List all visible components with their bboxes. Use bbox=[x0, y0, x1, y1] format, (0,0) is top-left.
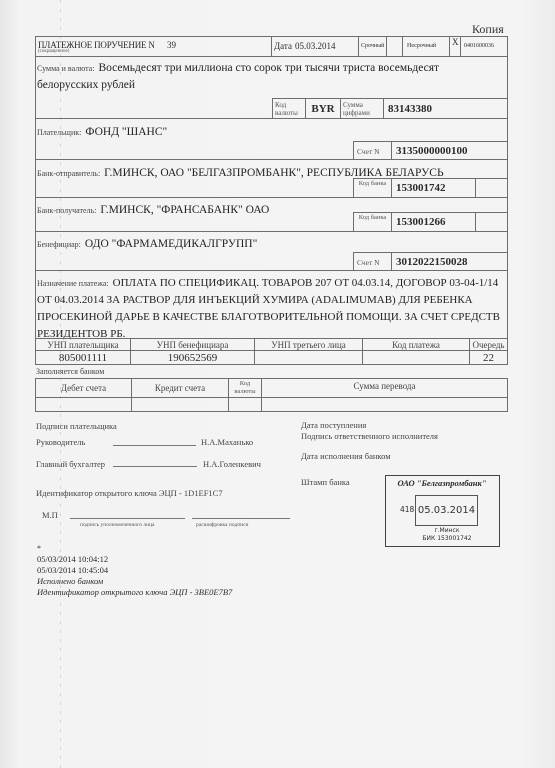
non-urgent-label-cell: Несрочный bbox=[402, 36, 450, 57]
unp-beneficiary: 190652569 bbox=[130, 350, 255, 365]
purpose-label: Назначение платежа: bbox=[37, 279, 109, 288]
signature-decoding-line bbox=[192, 518, 290, 519]
director-signature-line bbox=[113, 445, 196, 446]
amount-digits-cell: 83143380 bbox=[383, 98, 508, 119]
amount-digits-label: Сумма цифрами bbox=[343, 101, 383, 117]
receiver-bank-code: 153001266 bbox=[396, 216, 446, 228]
stamp-bik: БИК 153001742 bbox=[386, 535, 508, 542]
currency-code-label: Код валюты bbox=[275, 101, 305, 117]
payer-block: Плательщик: ФОНД "ШАНС" bbox=[37, 122, 167, 140]
receiver-bank-block: Банк-получатель: Г.МИНСК, "ФРАНСАБАНК" О… bbox=[37, 200, 269, 218]
payer-signatures-title: Подписи плательщика bbox=[36, 421, 117, 431]
bank-fill-header: Сумма перевода bbox=[261, 378, 508, 398]
footer-timestamp-1: 05/03/2014 10:04:12 bbox=[37, 554, 108, 564]
non-urgent-mark: X bbox=[452, 37, 459, 47]
footer-key-id: Идентификатор открытого ключа ЭЦП - 3BE0… bbox=[37, 587, 232, 597]
receiver-bank-code-cell: 153001266 bbox=[391, 212, 476, 232]
authorized-sign-caption: подпись уполномоченного лица bbox=[80, 522, 155, 528]
amount-words-block: Сумма и валюта: Восемьдесят три миллиона… bbox=[37, 59, 502, 93]
payment-code bbox=[362, 350, 470, 365]
debit-account bbox=[35, 397, 132, 412]
director-label: Руководитель bbox=[36, 437, 85, 447]
beneficiary-block: Бенефициар: ОДО "ФАРМАМЕДИКАЛГРУПП" bbox=[37, 234, 257, 252]
sender-bank-extra-cell bbox=[475, 178, 508, 198]
footer-marker: * bbox=[37, 544, 41, 553]
sender-bank-code: 153001742 bbox=[396, 182, 446, 194]
executor-sign-label: Подпись ответственного исполнителя bbox=[301, 431, 438, 441]
seal-place-label: М.П bbox=[42, 510, 58, 520]
unp-payer: 805001111 bbox=[35, 350, 131, 365]
payer-account-label: Счет N bbox=[357, 147, 380, 156]
beneficiary-name: ОДО "ФАРМАМЕДИКАЛГРУПП" bbox=[85, 238, 257, 250]
payer-name: ФОНД "ШАНС" bbox=[85, 126, 167, 138]
beneficiary-label: Бенефициар: bbox=[37, 240, 81, 249]
beneficiary-account-label: Счет N bbox=[357, 258, 380, 267]
urgent-label: Срочный bbox=[361, 43, 384, 49]
unp-third-party bbox=[254, 350, 363, 365]
amount-digits-label-cell: Сумма цифрами bbox=[340, 98, 384, 119]
sender-bank-code-label: Код банка bbox=[354, 180, 391, 188]
non-urgent-label: Несрочный bbox=[407, 43, 436, 49]
execution-date-label: Дата исполнения банком bbox=[301, 451, 391, 461]
transfer-amount bbox=[261, 397, 508, 412]
authorized-signature-line bbox=[70, 518, 185, 519]
date-value: 05.03.2014 bbox=[295, 41, 336, 51]
payer-key-id: Идентификатор открытого ключа ЭЦП - 1D1E… bbox=[36, 488, 223, 498]
form-subtitle: (сокращенное) bbox=[38, 49, 69, 54]
bank-fill-label: Заполняется банком bbox=[36, 367, 104, 376]
beneficiary-account: 3012022150028 bbox=[396, 256, 468, 268]
payer-account-cell: 3135000000100 bbox=[391, 141, 508, 160]
receiver-bank-code-label: Код банка bbox=[354, 214, 391, 222]
beneficiary-account-label-cell: Счет N bbox=[353, 252, 392, 271]
currency-code-bank bbox=[228, 397, 262, 412]
header-title-cell: ПЛАТЕЖНОЕ ПОРУЧЕНИЕ N 39 (сокращенное) bbox=[35, 36, 272, 57]
amount-label: Сумма и валюта: bbox=[37, 64, 94, 73]
form-code: 0401600036 bbox=[464, 43, 494, 49]
date-cell: Дата 05.03.2014 bbox=[271, 36, 359, 57]
receiver-bank-name: Г.МИНСК, "ФРАНСАБАНК" ОАО bbox=[100, 204, 269, 216]
form-number: 39 bbox=[167, 40, 176, 50]
director-name: Н.А.Маханько bbox=[201, 437, 253, 447]
bank-fill-header: Дебет счета bbox=[35, 378, 132, 398]
bank-fill-header: Кредит счета bbox=[131, 378, 229, 398]
beneficiary-account-cell: 3012022150028 bbox=[391, 252, 508, 271]
receiver-bank-extra-cell bbox=[475, 212, 508, 232]
purpose-block: Назначение платежа: ОПЛАТА ПО СПЕЦИФИКАЦ… bbox=[37, 274, 505, 342]
currency-code: BYR bbox=[305, 98, 341, 119]
accountant-label: Главный бухгалтер bbox=[36, 459, 105, 469]
payer-account: 3135000000100 bbox=[396, 145, 468, 157]
stamp-number: 418 bbox=[400, 505, 414, 514]
bank-fill-header: Код валюты bbox=[228, 378, 262, 398]
payer-label: Плательщик: bbox=[37, 128, 81, 137]
bank-stamp-label: Штамп банка bbox=[301, 477, 350, 487]
stamp-city: г.Минск bbox=[386, 527, 508, 534]
sender-bank-label: Банк-отправитель: bbox=[37, 169, 100, 178]
payer-account-label-cell: Счет N bbox=[353, 141, 392, 160]
scanned-page: Копия ПЛАТЕЖНОЕ ПОРУЧЕНИЕ N 39 (сокращен… bbox=[0, 0, 555, 768]
accountant-signature-line bbox=[113, 466, 197, 467]
footer-executed: Исполнено банком bbox=[37, 576, 103, 586]
urgent-checkbox bbox=[386, 36, 403, 57]
sender-bank-code-cell: 153001742 bbox=[391, 178, 476, 198]
stamp-date: 05.03.2014 bbox=[415, 495, 478, 526]
footer-timestamp-2: 05/03/2014 10:45:04 bbox=[37, 565, 108, 575]
receiver-bank-code-label-cell: Код банка bbox=[353, 212, 392, 232]
sender-bank-code-label-cell: Код банка bbox=[353, 178, 392, 198]
amount-words: Восемьдесят три миллиона сто сорок три т… bbox=[37, 62, 439, 91]
credit-account bbox=[131, 397, 229, 412]
receipt-date-label: Дата поступления bbox=[301, 420, 366, 430]
sign-decoding-caption: расшифровка подписи bbox=[196, 522, 248, 528]
form-code-cell: 0401600036 bbox=[460, 36, 508, 57]
stamp-bank-name: ОАО "Белгазпромбанк" bbox=[386, 478, 498, 488]
accountant-name: Н.А.Голенкевич bbox=[203, 459, 261, 469]
currency-code-label-cell: Код валюты bbox=[272, 98, 306, 119]
bank-stamp: ОАО "Белгазпромбанк" 418 05.03.2014 г.Ми… bbox=[385, 475, 500, 547]
urgent-label-cell: Срочный bbox=[358, 36, 387, 57]
receiver-bank-label: Банк-получатель: bbox=[37, 206, 96, 215]
priority: 22 bbox=[469, 350, 508, 365]
amount-digits: 83143380 bbox=[388, 103, 432, 115]
copy-label: Копия bbox=[472, 22, 504, 37]
date-label: Дата bbox=[274, 41, 292, 51]
